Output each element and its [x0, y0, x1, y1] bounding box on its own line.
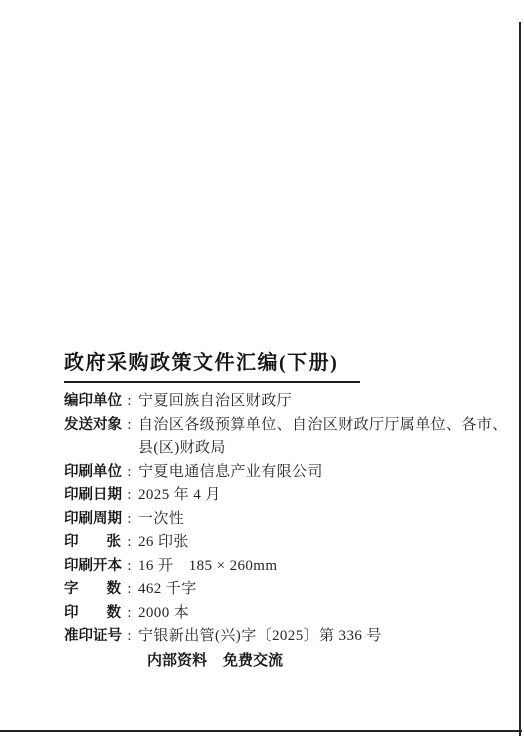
colophon-row-label: 准印证号	[64, 625, 121, 649]
colophon-row-value-line1: 一次性	[138, 508, 184, 532]
colophon-row-value: 16 开 185 × 260mm	[138, 555, 277, 579]
colophon-row-label: 发送对象	[64, 414, 121, 438]
colophon-row: 编印单位 : 宁夏回族自治区财政厅	[64, 390, 474, 414]
colophon-row-value-line1: 宁银新出管(兴)字〔2025〕第 336 号	[138, 625, 382, 649]
colophon-row-colon: :	[121, 390, 138, 414]
colophon-page: 政府采购政策文件汇编(下册) 编印单位 : 宁夏回族自治区财政厅 发送对象 : …	[0, 0, 524, 736]
colophon-row-label: 印刷周期	[64, 508, 121, 532]
colophon-row-colon: :	[121, 414, 138, 438]
book-title: 政府采购政策文件汇编(下册)	[64, 351, 338, 375]
colophon-row-colon: :	[121, 508, 138, 532]
colophon-row: 准印证号 : 宁银新出管(兴)字〔2025〕第 336 号	[64, 625, 474, 649]
footer-note-right: 免费交流	[223, 652, 283, 669]
colophon-row: 印数 : 2000 本	[64, 602, 474, 626]
colophon-row-value: 2025 年 4 月	[138, 484, 221, 508]
colophon-row: 印刷开本 : 16 开 185 × 260mm	[64, 555, 474, 579]
colophon-row-value: 一次性	[138, 508, 184, 532]
colophon-row-value-line1: 2025 年 4 月	[138, 484, 221, 508]
colophon-row-value: 宁银新出管(兴)字〔2025〕第 336 号	[138, 625, 382, 649]
title-underline	[64, 381, 360, 383]
colophon-row: 字数 : 462 千字	[64, 578, 474, 602]
colophon-row-value-line1: 26 印张	[138, 531, 189, 555]
colophon-row-value-line1: 2000 本	[138, 602, 189, 626]
colophon-row-colon: :	[121, 484, 138, 508]
colophon-row-label: 印刷开本	[64, 555, 121, 579]
colophon-row-value-line1: 462 千字	[138, 578, 197, 602]
colophon-row: 印刷周期 : 一次性	[64, 508, 474, 532]
colophon-row-value-line2: 县(区)财政局	[138, 437, 508, 461]
colophon-list: 编印单位 : 宁夏回族自治区财政厅 发送对象 : 自治区各级预算单位、自治区财政…	[64, 390, 474, 649]
colophon-row-label: 印数	[64, 602, 121, 626]
colophon-row-label: 字数	[64, 578, 121, 602]
colophon-row-colon: :	[121, 555, 138, 579]
colophon-row-value: 462 千字	[138, 578, 197, 602]
colophon-row-colon: :	[121, 461, 138, 485]
colophon-row: 印刷单位 : 宁夏电通信息产业有限公司	[64, 461, 474, 485]
page-edge-right	[519, 22, 521, 736]
colophon-row-value-line1: 自治区各级预算单位、自治区财政厅厅属单位、各市、	[138, 414, 508, 438]
colophon-row-colon: :	[121, 531, 138, 555]
colophon-row-colon: :	[121, 602, 138, 626]
colophon-row-label: 编印单位	[64, 390, 121, 414]
footer-note-left: 内部资料	[147, 652, 207, 669]
colophon-row: 印张 : 26 印张	[64, 531, 474, 555]
footer-note: 内部资料免费交流	[147, 649, 283, 670]
colophon-row-colon: :	[121, 625, 138, 649]
colophon-row-value: 自治区各级预算单位、自治区财政厅厅属单位、各市、 县(区)财政局	[138, 414, 508, 461]
colophon-row: 发送对象 : 自治区各级预算单位、自治区财政厅厅属单位、各市、 县(区)财政局	[64, 414, 474, 461]
page-edge-bottom	[0, 730, 522, 732]
colophon-row-value: 2000 本	[138, 602, 189, 626]
colophon-row-colon: :	[121, 578, 138, 602]
colophon-row-value-line1: 宁夏回族自治区财政厅	[138, 390, 292, 414]
colophon-row-value-line1: 16 开 185 × 260mm	[138, 555, 277, 579]
colophon-row-value: 26 印张	[138, 531, 189, 555]
colophon-row: 印刷日期 : 2025 年 4 月	[64, 484, 474, 508]
colophon-row-label: 印刷单位	[64, 461, 121, 485]
colophon-row-value-line1: 宁夏电通信息产业有限公司	[138, 461, 323, 485]
colophon-row-value: 宁夏电通信息产业有限公司	[138, 461, 323, 485]
colophon-row-label: 印张	[64, 531, 121, 555]
colophon-row-label: 印刷日期	[64, 484, 121, 508]
colophon-row-value: 宁夏回族自治区财政厅	[138, 390, 292, 414]
